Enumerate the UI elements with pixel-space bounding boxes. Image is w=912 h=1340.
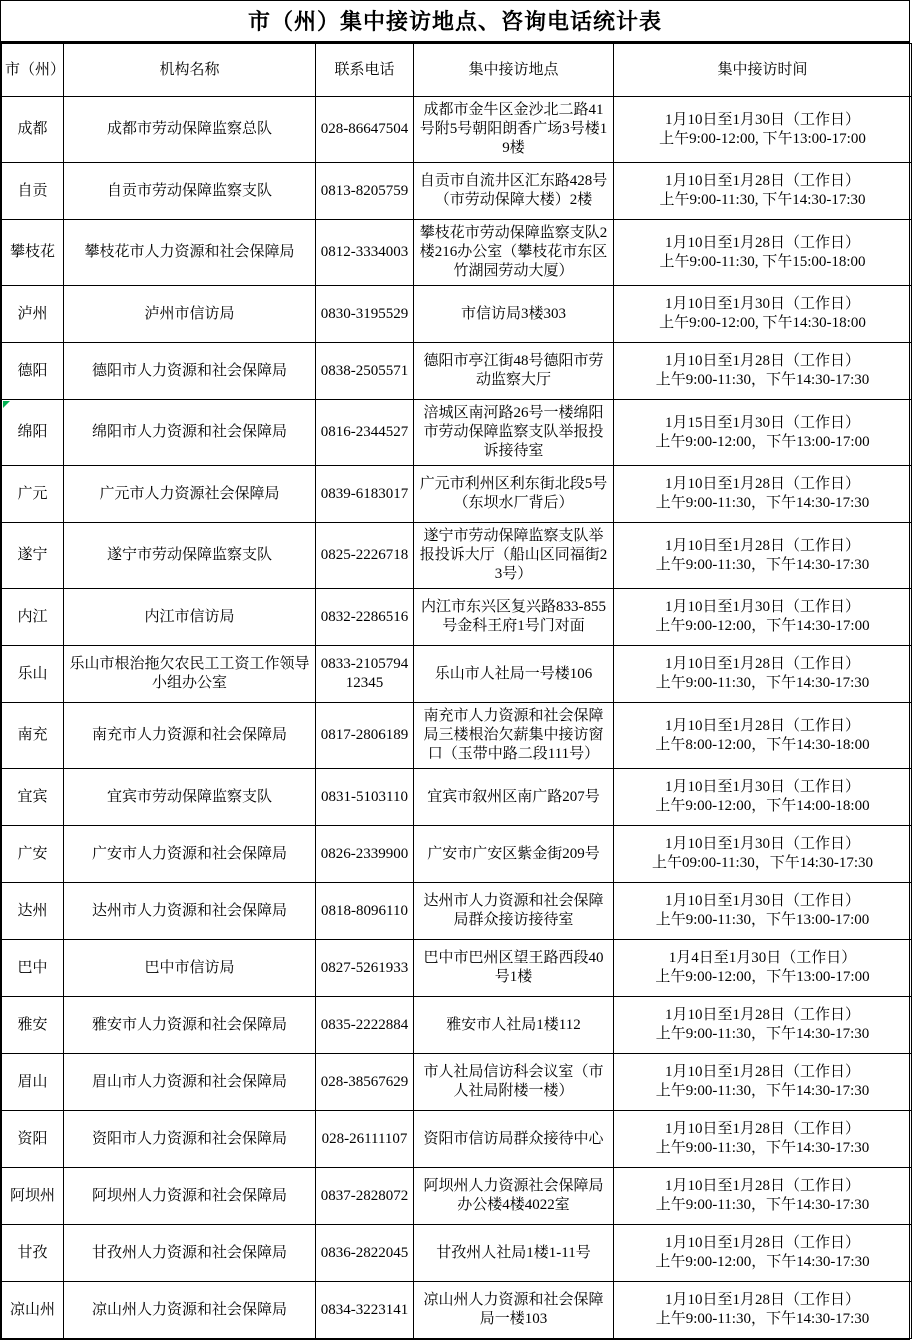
city-cell: 甘孜 <box>2 1225 64 1282</box>
time-cell: 1月10日至1月28日（工作日） 上午9:00-11:30, 下午14:30-1… <box>614 163 912 220</box>
document-sheet: 市（州）集中接访地点、咨询电话统计表 市（州） 机构名称 联系电话 集中接访地点… <box>0 0 910 1340</box>
table-row: 宜宾 宜宾市劳动保障监察支队 0831-5103110 宜宾市叙州区南广路207… <box>2 769 912 826</box>
time-cell: 1月10日至1月28日（工作日） 上午9:00-11:30，下午14:30-17… <box>614 1054 912 1111</box>
city-cell: 广元 <box>2 466 64 523</box>
org-cell: 达州市人力资源和社会保障局 <box>64 883 316 940</box>
location-cell: 乐山市人社局一号楼106 <box>414 646 614 703</box>
location-cell: 内江市东兴区复兴路833-855号金科王府1号门对面 <box>414 589 614 646</box>
org-cell: 眉山市人力资源和社会保障局 <box>64 1054 316 1111</box>
time-cell: 1月10日至1月28日（工作日） 上午9:00-11:30, 下午15:00-1… <box>614 220 912 286</box>
table-row: 眉山 眉山市人力资源和社会保障局 028-38567629 市人社局信访科会议室… <box>2 1054 912 1111</box>
header-cell-location: 集中接访地点 <box>414 44 614 97</box>
phone-cell: 0817-2806189 <box>316 703 414 769</box>
time-cell: 1月10日至1月28日（工作日） 上午8:00-12:00，下午14:30-18… <box>614 703 912 769</box>
org-cell: 资阳市人力资源和社会保障局 <box>64 1111 316 1168</box>
location-cell: 遂宁市劳动保障监察支队举报投诉大厅（船山区同福街23号） <box>414 523 614 589</box>
table-row: 达州 达州市人力资源和社会保障局 0818-8096110 达州市人力资源和社会… <box>2 883 912 940</box>
org-cell: 阿坝州人力资源和社会保障局 <box>64 1168 316 1225</box>
location-cell: 凉山州人力资源和社会保障局一楼103 <box>414 1282 614 1339</box>
phone-cell: 0830-3195529 <box>316 286 414 343</box>
time-cell: 1月10日至1月28日（工作日） 上午9:00-11:30，下午14:30-17… <box>614 1282 912 1339</box>
header-cell-time: 集中接访时间 <box>614 44 912 97</box>
time-cell: 1月10日至1月28日（工作日） 上午9:00-12:00，下午14:30-17… <box>614 1225 912 1282</box>
org-cell: 甘孜州人力资源和社会保障局 <box>64 1225 316 1282</box>
city-cell: 泸州 <box>2 286 64 343</box>
location-cell: 资阳市信访局群众接待中心 <box>414 1111 614 1168</box>
table-body: 成都 成都市劳动保障监察总队 028-86647504 成都市金牛区金沙北二路4… <box>2 97 912 1339</box>
table-row: 遂宁 遂宁市劳动保障监察支队 0825-2226718 遂宁市劳动保障监察支队举… <box>2 523 912 589</box>
table-row: 绵阳 绵阳市人力资源和社会保障局 0816-2344527 涪城区南河路26号一… <box>2 400 912 466</box>
org-cell: 攀枝花市人力资源和社会保障局 <box>64 220 316 286</box>
time-cell: 1月10日至1月28日（工作日） 上午9:00-11:30，下午14:30-17… <box>614 343 912 400</box>
location-cell: 攀枝花市劳动保障监察支队2楼216办公室（攀枝花市东区竹湖园劳动大厦） <box>414 220 614 286</box>
city-cell: 雅安 <box>2 997 64 1054</box>
city-cell: 成都 <box>2 97 64 163</box>
city-cell: 绵阳 <box>2 400 64 466</box>
city-cell: 攀枝花 <box>2 220 64 286</box>
location-cell: 成都市金牛区金沙北二路41号附5号朝阳朗香广场3号楼19楼 <box>414 97 614 163</box>
city-cell: 德阳 <box>2 343 64 400</box>
phone-cell: 0812-3334003 <box>316 220 414 286</box>
location-cell: 南充市人力资源和社会保障局三楼根治欠薪集中接访窗口（玉带中路二段111号） <box>414 703 614 769</box>
note-marker-icon <box>3 401 10 408</box>
time-cell: 1月10日至1月28日（工作日） 上午9:00-11:30，下午14:30-17… <box>614 997 912 1054</box>
city-cell: 南充 <box>2 703 64 769</box>
time-cell: 1月10日至1月30日（工作日） 上午9:00-12:00，下午14:30-17… <box>614 589 912 646</box>
location-cell: 雅安市人社局1楼112 <box>414 997 614 1054</box>
table-row: 广元 广元市人力资源社会保障局 0839-6183017 广元市利州区利东街北段… <box>2 466 912 523</box>
org-cell: 成都市劳动保障监察总队 <box>64 97 316 163</box>
stats-table: 市（州） 机构名称 联系电话 集中接访地点 集中接访时间 成都 成都市劳动保障监… <box>1 43 912 1339</box>
city-cell: 资阳 <box>2 1111 64 1168</box>
org-cell: 德阳市人力资源和社会保障局 <box>64 343 316 400</box>
table-row: 德阳 德阳市人力资源和社会保障局 0838-2505571 德阳市亭江街48号德… <box>2 343 912 400</box>
org-cell: 南充市人力资源和社会保障局 <box>64 703 316 769</box>
table-row: 南充 南充市人力资源和社会保障局 0817-2806189 南充市人力资源和社会… <box>2 703 912 769</box>
org-cell: 广安市人力资源和社会保障局 <box>64 826 316 883</box>
table-row: 乐山 乐山市根治拖欠农民工工资工作领导小组办公室 0833-2105794 12… <box>2 646 912 703</box>
phone-cell: 0827-5261933 <box>316 940 414 997</box>
phone-cell: 0816-2344527 <box>316 400 414 466</box>
city-cell: 遂宁 <box>2 523 64 589</box>
location-cell: 宜宾市叙州区南广路207号 <box>414 769 614 826</box>
table-row: 泸州 泸州市信访局 0830-3195529 市信访局3楼303 1月10日至1… <box>2 286 912 343</box>
table-row: 广安 广安市人力资源和社会保障局 0826-2339900 广安市广安区紫金街2… <box>2 826 912 883</box>
city-cell: 宜宾 <box>2 769 64 826</box>
location-cell: 甘孜州人社局1楼1-11号 <box>414 1225 614 1282</box>
time-cell: 1月10日至1月30日（工作日） 上午9:00-12:00, 下午13:00-1… <box>614 97 912 163</box>
city-cell: 阿坝州 <box>2 1168 64 1225</box>
table-row: 阿坝州 阿坝州人力资源和社会保障局 0837-2828072 阿坝州人力资源社会… <box>2 1168 912 1225</box>
header-cell-org: 机构名称 <box>64 44 316 97</box>
phone-cell: 0818-8096110 <box>316 883 414 940</box>
time-cell: 1月10日至1月28日（工作日） 上午9:00-11:30，下午14:30-17… <box>614 1111 912 1168</box>
phone-cell: 028-38567629 <box>316 1054 414 1111</box>
location-cell: 涪城区南河路26号一楼绵阳市劳动保障监察支队举报投诉接待室 <box>414 400 614 466</box>
org-cell: 宜宾市劳动保障监察支队 <box>64 769 316 826</box>
table-row: 凉山州 凉山州人力资源和社会保障局 0834-3223141 凉山州人力资源和社… <box>2 1282 912 1339</box>
org-cell: 遂宁市劳动保障监察支队 <box>64 523 316 589</box>
location-cell: 广安市广安区紫金街209号 <box>414 826 614 883</box>
time-cell: 1月10日至1月28日（工作日） 上午9:00-11:30，下午14:30-17… <box>614 466 912 523</box>
city-cell: 达州 <box>2 883 64 940</box>
time-cell: 1月4日至1月30日（工作日） 上午9:00-12:00，下午13:00-17:… <box>614 940 912 997</box>
time-cell: 1月10日至1月28日（工作日） 上午9:00-11:30，下午14:30-17… <box>614 646 912 703</box>
phone-cell: 0813-8205759 <box>316 163 414 220</box>
location-cell: 自贡市自流井区汇东路428号（市劳动保障大楼）2楼 <box>414 163 614 220</box>
city-cell: 广安 <box>2 826 64 883</box>
org-cell: 自贡市劳动保障监察支队 <box>64 163 316 220</box>
location-cell: 巴中市巴州区望王路西段40号1楼 <box>414 940 614 997</box>
time-cell: 1月10日至1月28日（工作日） 上午9:00-11:30，下午14:30-17… <box>614 523 912 589</box>
city-cell: 眉山 <box>2 1054 64 1111</box>
location-cell: 市人社局信访科会议室（市人社局附楼一楼） <box>414 1054 614 1111</box>
table-row: 巴中 巴中市信访局 0827-5261933 巴中市巴州区望王路西段40号1楼 … <box>2 940 912 997</box>
phone-cell: 0834-3223141 <box>316 1282 414 1339</box>
org-cell: 巴中市信访局 <box>64 940 316 997</box>
header-cell-phone: 联系电话 <box>316 44 414 97</box>
header-row: 市（州） 机构名称 联系电话 集中接访地点 集中接访时间 <box>2 44 912 97</box>
location-cell: 广元市利州区利东街北段5号（东坝水厂背后） <box>414 466 614 523</box>
phone-cell: 0832-2286516 <box>316 589 414 646</box>
org-cell: 泸州市信访局 <box>64 286 316 343</box>
time-cell: 1月10日至1月30日（工作日） 上午9:00-12:00，下午14:00-18… <box>614 769 912 826</box>
city-cell: 内江 <box>2 589 64 646</box>
location-cell: 德阳市亭江街48号德阳市劳动监察大厅 <box>414 343 614 400</box>
org-cell: 乐山市根治拖欠农民工工资工作领导小组办公室 <box>64 646 316 703</box>
city-cell: 乐山 <box>2 646 64 703</box>
city-cell: 凉山州 <box>2 1282 64 1339</box>
org-cell: 绵阳市人力资源和社会保障局 <box>64 400 316 466</box>
phone-cell: 0838-2505571 <box>316 343 414 400</box>
phone-cell: 0833-2105794 12345 <box>316 646 414 703</box>
phone-cell: 0836-2822045 <box>316 1225 414 1282</box>
time-cell: 1月15日至1月30日（工作日） 上午9:00-12:00，下午13:00-17… <box>614 400 912 466</box>
time-cell: 1月10日至1月30日（工作日） 上午9:00-12:00, 下午14:30-1… <box>614 286 912 343</box>
time-cell: 1月10日至1月30日（工作日） 上午09:00-11:30，下午14:30-1… <box>614 826 912 883</box>
org-cell: 内江市信访局 <box>64 589 316 646</box>
table-row: 雅安 雅安市人力资源和社会保障局 0835-2222884 雅安市人社局1楼11… <box>2 997 912 1054</box>
org-cell: 凉山州人力资源和社会保障局 <box>64 1282 316 1339</box>
table-row: 攀枝花 攀枝花市人力资源和社会保障局 0812-3334003 攀枝花市劳动保障… <box>2 220 912 286</box>
city-cell: 巴中 <box>2 940 64 997</box>
org-cell: 广元市人力资源社会保障局 <box>64 466 316 523</box>
phone-cell: 0825-2226718 <box>316 523 414 589</box>
page-title: 市（州）集中接访地点、咨询电话统计表 <box>1 1 909 43</box>
table-row: 甘孜 甘孜州人力资源和社会保障局 0836-2822045 甘孜州人社局1楼1-… <box>2 1225 912 1282</box>
location-cell: 市信访局3楼303 <box>414 286 614 343</box>
city-cell: 自贡 <box>2 163 64 220</box>
phone-cell: 0826-2339900 <box>316 826 414 883</box>
table-row: 资阳 资阳市人力资源和社会保障局 028-26111107 资阳市信访局群众接待… <box>2 1111 912 1168</box>
location-cell: 达州市人力资源和社会保障局群众接访接待室 <box>414 883 614 940</box>
table-row: 内江 内江市信访局 0832-2286516 内江市东兴区复兴路833-855号… <box>2 589 912 646</box>
phone-cell: 028-86647504 <box>316 97 414 163</box>
header-cell-city: 市（州） <box>2 44 64 97</box>
table-row: 成都 成都市劳动保障监察总队 028-86647504 成都市金牛区金沙北二路4… <box>2 97 912 163</box>
phone-cell: 0831-5103110 <box>316 769 414 826</box>
time-cell: 1月10日至1月30日（工作日） 上午9:00-11:30，下午13:00-17… <box>614 883 912 940</box>
phone-cell: 0837-2828072 <box>316 1168 414 1225</box>
phone-cell: 028-26111107 <box>316 1111 414 1168</box>
org-cell: 雅安市人力资源和社会保障局 <box>64 997 316 1054</box>
phone-cell: 0839-6183017 <box>316 466 414 523</box>
table-row: 自贡 自贡市劳动保障监察支队 0813-8205759 自贡市自流井区汇东路42… <box>2 163 912 220</box>
location-cell: 阿坝州人力资源社会保障局办公楼4楼4022室 <box>414 1168 614 1225</box>
time-cell: 1月10日至1月28日（工作日） 上午9:00-11:30，下午14:30-17… <box>614 1168 912 1225</box>
phone-cell: 0835-2222884 <box>316 997 414 1054</box>
